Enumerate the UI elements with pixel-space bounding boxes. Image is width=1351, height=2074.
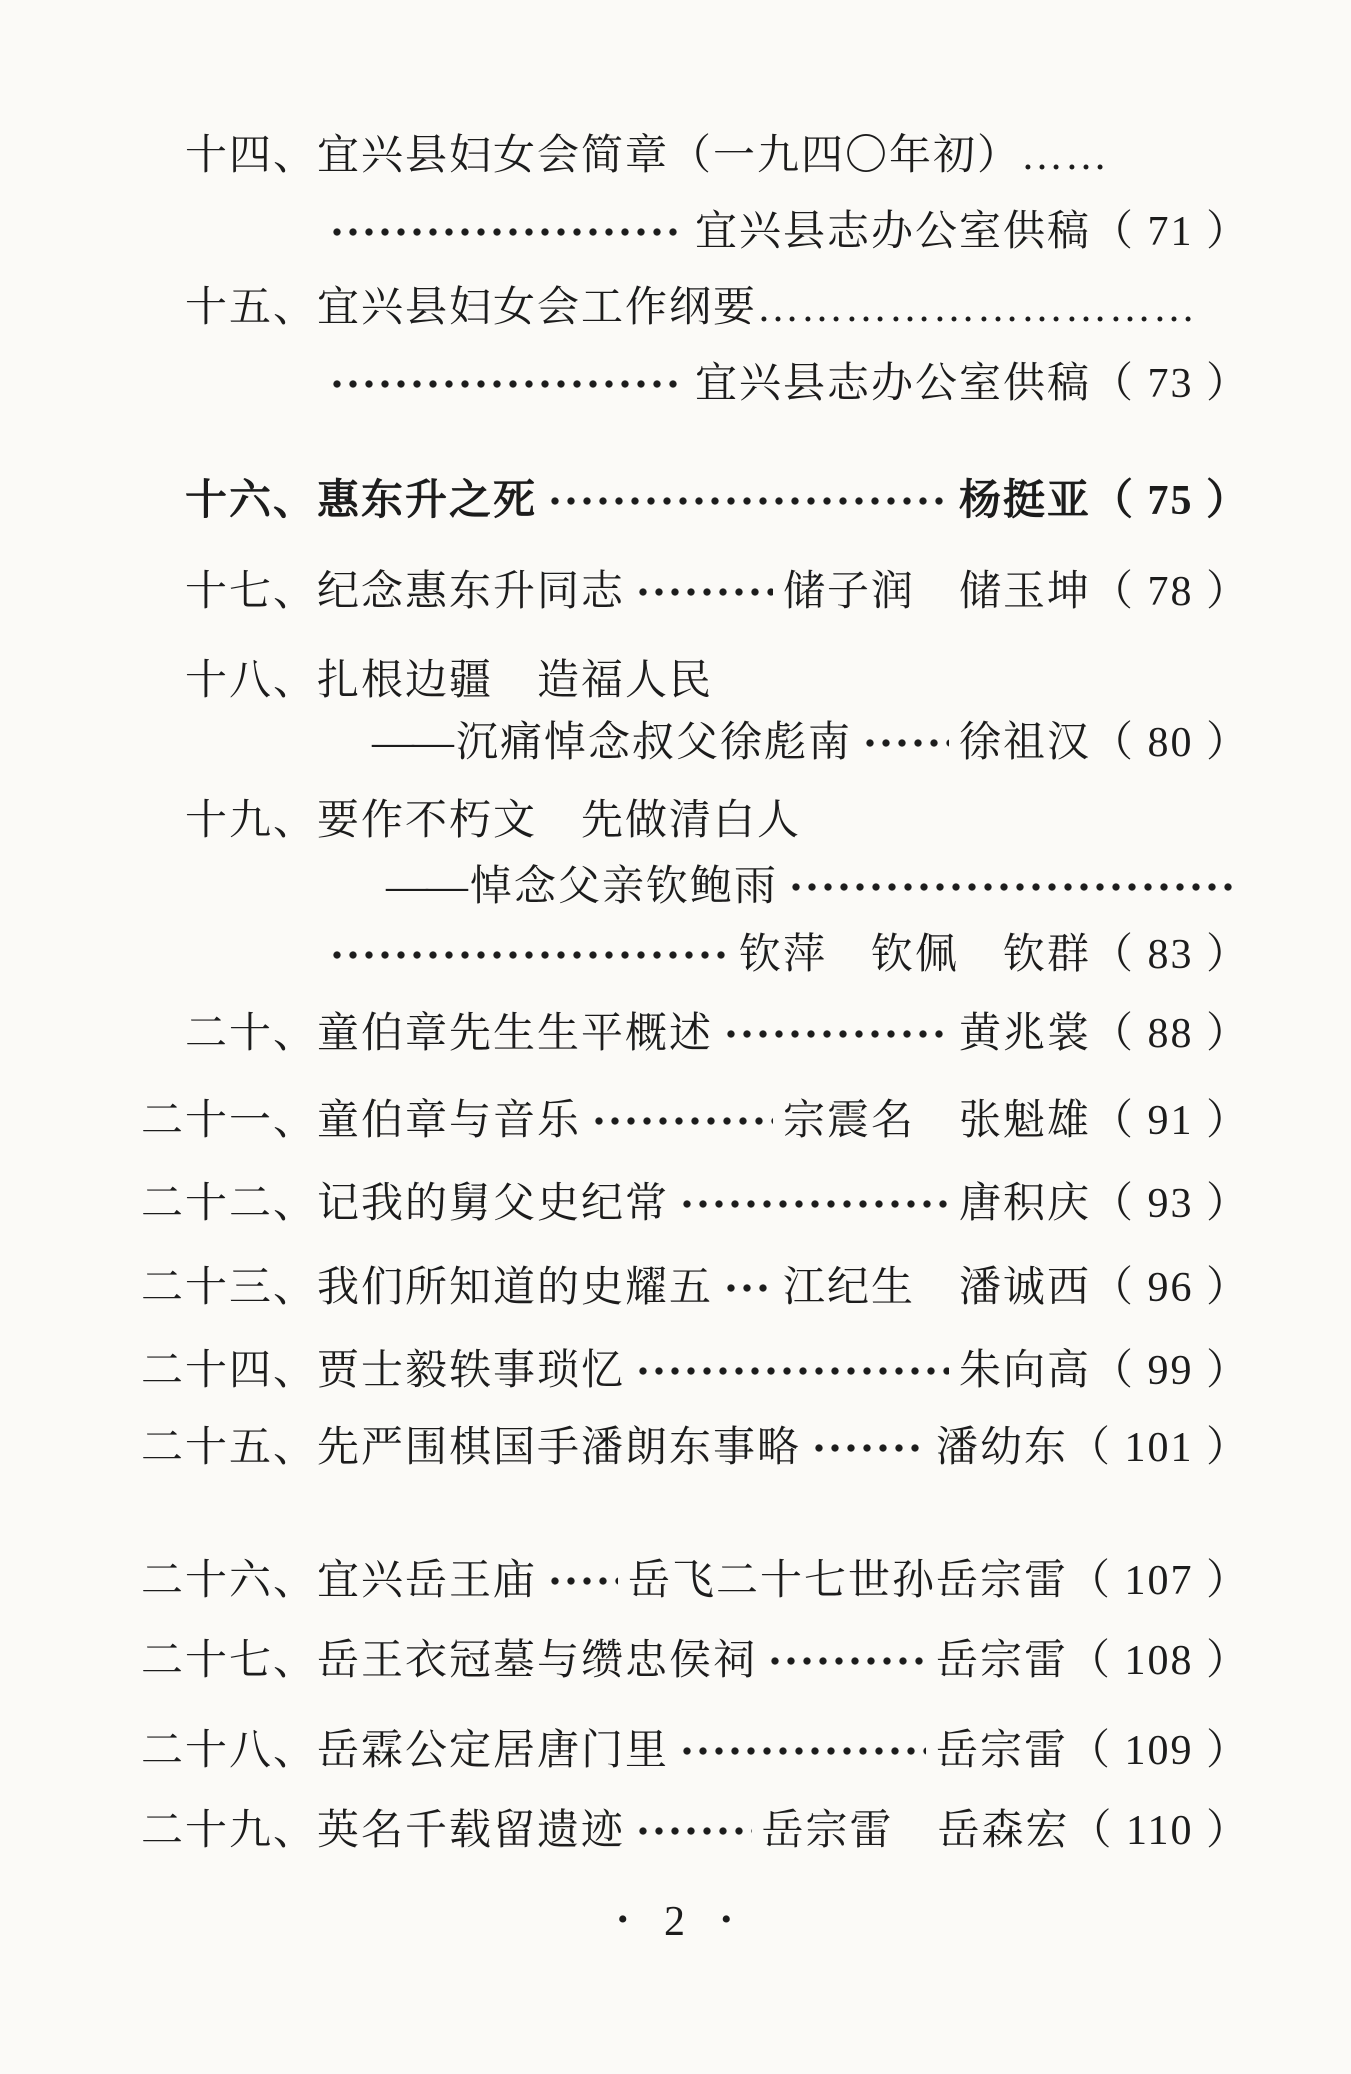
dot-leader (788, 881, 1240, 893)
entry-number: 二十二、 (95, 1178, 317, 1230)
entry-number: 十九、 (95, 795, 317, 847)
toc-entry-19-line-1: 十九、 要作不朽文 先做清白人 (95, 795, 1250, 847)
entry-page: （ 107 ） (1068, 1555, 1250, 1607)
dot-leader (635, 586, 773, 598)
entry-author: 徐祖汉 (959, 717, 1091, 769)
toc-entry-23: 二十三、 我们所知道的史耀五 江纪生 潘诚西（ 96 ） (95, 1262, 1250, 1314)
entry-number: 十四、 (95, 130, 317, 182)
entry-author: 杨挺亚 (959, 475, 1091, 527)
entry-page: （ 78 ） (1091, 566, 1250, 618)
entry-page: （ 71 ） (1091, 206, 1250, 258)
entry-title: 贾士毅轶事琐忆 (317, 1345, 625, 1397)
entry-page: （ 75 ） (1091, 475, 1250, 527)
toc-entry-24: 二十四、 贾士毅轶事琐忆 朱向高（ 99 ） (95, 1345, 1250, 1397)
entry-author: 钦萍 钦佩 钦群 (739, 929, 1091, 981)
entry-author: 岳宗雷 (936, 1725, 1068, 1777)
entry-number: 二十五、 (95, 1422, 317, 1474)
dot-leader (547, 1575, 618, 1587)
toc-entry-19-line-2: —— 悼念父亲钦鲍雨 (386, 861, 1250, 913)
entry-title: 岳霖公定居唐门里 (317, 1725, 669, 1777)
entry-author: 宜兴县志办公室供稿 (695, 358, 1091, 410)
entry-page: （ 80 ） (1091, 717, 1250, 769)
toc-entry-26: 二十六、 宜兴岳王庙 岳飞二十七世孙岳宗雷（ 107 ） (95, 1555, 1250, 1607)
entry-title: 童伯章先生生平概述 (317, 1008, 713, 1060)
toc-entry-14-line-1: 十四、 宜兴县妇女会简章（一九四〇年初）…… (95, 130, 1250, 182)
dot-leader (329, 378, 685, 390)
entry-title: 英名千载留遗迹 (317, 1805, 625, 1857)
entry-title: 扎根边疆 造福人民 (317, 655, 713, 707)
footer-right-dot: • (721, 1903, 734, 1936)
dot-leader (767, 1655, 926, 1667)
toc-page: 十四、 宜兴县妇女会简章（一九四〇年初）…… 宜兴县志办公室供稿（ 71 ） 十… (0, 0, 1351, 2074)
entry-title: 惠东升之死 (317, 475, 537, 527)
toc-entry-21: 二十一、 童伯章与音乐 宗震名 张魁雄（ 91 ） (95, 1095, 1250, 1147)
entry-page: （ 99 ） (1091, 1345, 1250, 1397)
dot-leader (329, 949, 729, 961)
entry-title: 先严围棋国手潘朗东事略 (317, 1422, 801, 1474)
toc-entry-15-line-2: 宜兴县志办公室供稿（ 73 ） (319, 358, 1250, 410)
entry-author: 岳宗雷 (936, 1635, 1068, 1687)
entry-title: 宜兴县妇女会简章（一九四〇年初）…… (317, 130, 1109, 182)
entry-author: 宜兴县志办公室供稿 (695, 206, 1091, 258)
toc-entry-17: 十七、 纪念惠东升同志 储子润 储玉坤（ 78 ） (95, 566, 1250, 618)
entry-title: 要作不朽文 先做清白人 (317, 795, 801, 847)
entry-page: （ 83 ） (1091, 929, 1250, 981)
footer-page-number: 2 (664, 1899, 687, 1945)
dot-leader (635, 1365, 949, 1377)
toc-entry-16: 十六、 惠东升之死 杨挺亚（ 75 ） (95, 475, 1250, 527)
footer-left-dot: • (617, 1903, 630, 1936)
page-number-footer: •2• (0, 1898, 1351, 1946)
dot-leader (862, 737, 949, 749)
entry-number: 二十六、 (95, 1555, 317, 1607)
entry-page: （ 91 ） (1091, 1095, 1250, 1147)
entry-number: 二十三、 (95, 1262, 317, 1314)
entry-author: 江纪生 潘诚西 (783, 1262, 1091, 1314)
toc-entry-20: 二十、 童伯章先生生平概述 黄兆裳（ 88 ） (95, 1008, 1250, 1060)
em-dash: —— (372, 717, 452, 769)
entry-number: 二十一、 (95, 1095, 317, 1147)
entry-title: 记我的舅父史纪常 (317, 1178, 669, 1230)
toc-entry-15-line-1: 十五、 宜兴县妇女会工作纲要………………………… (95, 282, 1250, 334)
toc-entry-28: 二十八、 岳霖公定居唐门里 岳宗雷（ 109 ） (95, 1725, 1250, 1777)
dot-leader (811, 1442, 926, 1454)
entry-number: 十六、 (95, 475, 317, 527)
entry-number: 二十四、 (95, 1345, 317, 1397)
toc-entry-19-line-3: 钦萍 钦佩 钦群（ 83 ） (319, 929, 1250, 981)
entry-title: 童伯章与音乐 (317, 1095, 581, 1147)
entry-page: （ 96 ） (1091, 1262, 1250, 1314)
entry-page: （ 101 ） (1068, 1422, 1250, 1474)
entry-subtitle: 沉痛悼念叔父徐彪南 (456, 717, 852, 769)
dot-leader (329, 226, 685, 238)
dot-leader (547, 495, 949, 507)
entry-author: 黄兆裳 (959, 1008, 1091, 1060)
entry-page: （ 93 ） (1091, 1178, 1250, 1230)
entry-number: 二十、 (95, 1008, 317, 1060)
entry-author: 朱向高 (959, 1345, 1091, 1397)
entry-author: 储子润 储玉坤 (783, 566, 1091, 618)
entry-number: 十八、 (95, 655, 317, 707)
toc-entry-27: 二十七、 岳王衣冠墓与缵忠侯祠 岳宗雷（ 108 ） (95, 1635, 1250, 1687)
dot-leader (635, 1825, 752, 1837)
dot-leader (591, 1115, 773, 1127)
entry-title: 纪念惠东升同志 (317, 566, 625, 618)
entry-page: （ 88 ） (1091, 1008, 1250, 1060)
entry-page: （ 110 ） (1070, 1805, 1250, 1857)
entry-number: 十五、 (95, 282, 317, 334)
entry-title: 我们所知道的史耀五 (317, 1262, 713, 1314)
entry-number: 二十八、 (95, 1725, 317, 1777)
dot-leader (679, 1745, 926, 1757)
toc-entry-18-line-1: 十八、 扎根边疆 造福人民 (95, 655, 1250, 707)
entry-page: （ 108 ） (1068, 1635, 1250, 1687)
dot-leader (723, 1028, 949, 1040)
entry-author: 潘幼东 (936, 1422, 1068, 1474)
entry-title: 宜兴岳王庙 (317, 1555, 537, 1607)
dot-leader (723, 1282, 773, 1294)
entry-title: 岳王衣冠墓与缵忠侯祠 (317, 1635, 757, 1687)
toc-entry-29: 二十九、 英名千载留遗迹 岳宗雷 岳森宏（ 110 ） (95, 1805, 1250, 1857)
entry-number: 十七、 (95, 566, 317, 618)
entry-page: （ 73 ） (1091, 358, 1250, 410)
entry-title: 宜兴县妇女会工作纲要………………………… (317, 282, 1197, 334)
entry-subtitle: 悼念父亲钦鲍雨 (470, 861, 778, 913)
dot-leader (679, 1198, 949, 1210)
toc-entry-18-line-2: —— 沉痛悼念叔父徐彪南 徐祖汉（ 80 ） (372, 717, 1250, 769)
entry-number: 二十七、 (95, 1635, 317, 1687)
toc-entry-25: 二十五、 先严围棋国手潘朗东事略 潘幼东（ 101 ） (95, 1422, 1250, 1474)
entry-author: 宗震名 张魁雄 (783, 1095, 1091, 1147)
toc-entry-22: 二十二、 记我的舅父史纪常 唐积庆（ 93 ） (95, 1178, 1250, 1230)
toc-entry-14-line-2: 宜兴县志办公室供稿（ 71 ） (319, 206, 1250, 258)
entry-number: 二十九、 (95, 1805, 317, 1857)
entry-page: （ 109 ） (1068, 1725, 1250, 1777)
entry-author: 唐积庆 (959, 1178, 1091, 1230)
em-dash: —— (386, 861, 466, 913)
entry-author: 岳飞二十七世孙岳宗雷 (628, 1555, 1068, 1607)
entry-author: 岳宗雷 岳森宏 (762, 1805, 1070, 1857)
